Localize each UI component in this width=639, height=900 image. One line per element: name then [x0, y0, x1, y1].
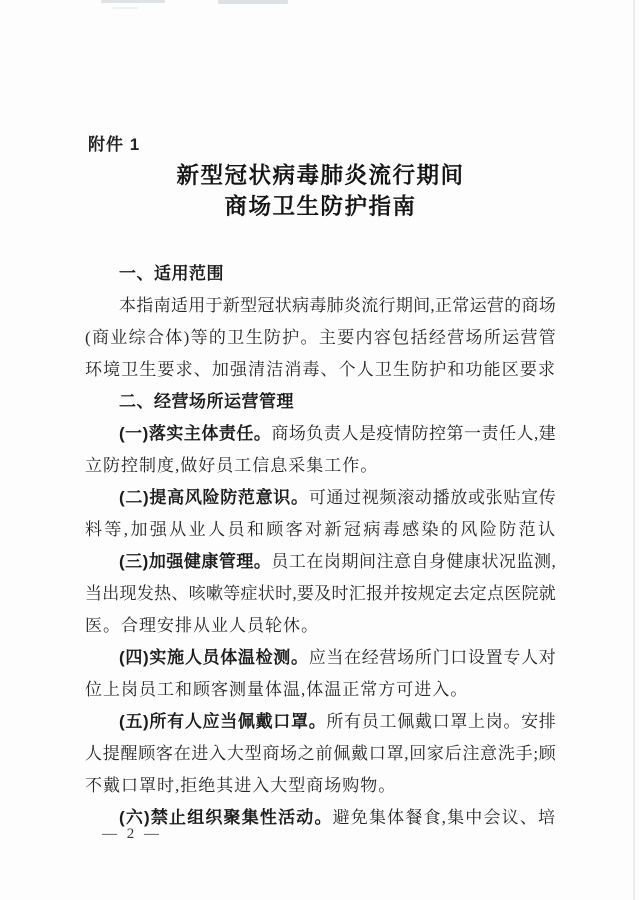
document-title: 新型冠状病毒肺炎流行期间 商场卫生防护指南: [85, 160, 556, 222]
body-line: (五)所有人应当佩戴口罩。所有员工佩戴口罩上岗。安排专: [85, 706, 556, 738]
body-line: 料等,加强从业人员和顾客对新冠病毒感染的风险防范认知。: [85, 514, 556, 546]
body-line: 当出现发热、咳嗽等症状时,要及时汇报并按规定去定点医院就: [85, 578, 556, 610]
body-line: 本指南适用于新型冠状病毒肺炎流行期间,正常运营的商场: [85, 290, 556, 322]
page-number: — 2 —: [102, 826, 162, 843]
attachment-label: 附件 1: [88, 130, 140, 155]
paragraph-lead: (三)加强健康管理。: [119, 552, 271, 571]
section-heading-2: 二、经营场所运营管理: [85, 386, 556, 418]
paragraph-lead: (六)禁止组织聚集性活动。: [119, 808, 333, 827]
document-body: 一、适用范围本指南适用于新型冠状病毒肺炎流行期间,正常运营的商场(商业综合体)等…: [85, 258, 556, 834]
section-heading-1: 一、适用范围: [85, 258, 556, 290]
document-title-line1: 新型冠状病毒肺炎流行期间: [176, 163, 464, 188]
paragraph-lead: (五)所有人应当佩戴口罩。: [119, 712, 326, 731]
body-line: 立防控制度,做好员工信息采集工作。: [85, 450, 556, 482]
scan-edge-shadow: [633, 0, 635, 900]
body-line: 人提醒顾客在进入大型商场之前佩戴口罩,回家后注意洗手;顾客: [85, 738, 556, 770]
body-line: 环境卫生要求、加强清洁消毒、个人卫生防护和功能区要求等。: [85, 354, 556, 386]
paragraph-lead: (一)落实主体责任。: [119, 424, 271, 443]
body-line: 不戴口罩时,拒绝其进入大型商场购物。: [85, 770, 556, 802]
document-page: 附件 1 新型冠状病毒肺炎流行期间 商场卫生防护指南 一、适用范围本指南适用于新…: [0, 0, 639, 900]
scan-artifact: [112, 7, 138, 9]
paragraph-lead: (二)提高风险防范意识。: [119, 488, 309, 507]
scan-artifact: [101, 0, 165, 3]
body-line: (一)落实主体责任。商场负责人是疫情防控第一责任人,建: [85, 418, 556, 450]
body-line: 位上岗员工和顾客测量体温,体温正常方可进入。: [85, 674, 556, 706]
body-line: (商业综合体)等的卫生防护。主要内容包括经营场所运营管理、: [85, 322, 556, 354]
body-line: (三)加强健康管理。员工在岗期间注意自身健康状况监测,: [85, 546, 556, 578]
body-line: (二)提高风险防范意识。可通过视频滚动播放或张贴宣传材: [85, 482, 556, 514]
scan-artifact: [218, 0, 288, 4]
paragraph-lead: (四)实施人员体温检测。: [119, 648, 309, 667]
body-line: (四)实施人员体温检测。应当在经营场所门口设置专人对每: [85, 642, 556, 674]
document-title-line2: 商场卫生防护指南: [224, 194, 416, 219]
body-line: 医。合理安排从业人员轮休。: [85, 610, 556, 642]
